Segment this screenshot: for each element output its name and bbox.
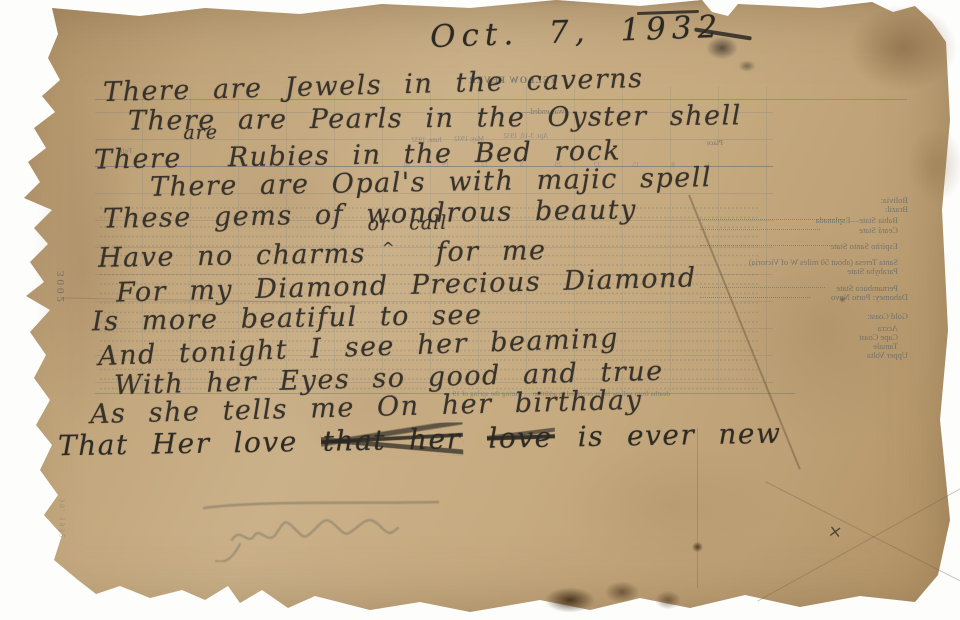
showthrough-edge-print: 30, 1932 (58, 499, 66, 540)
struck-word: love (486, 421, 555, 455)
poem-line-12-text: is ever new (577, 417, 781, 454)
scanned-document: YELLOW FEVER Was ended— Apr. 3-10, 1932 … (0, 0, 960, 620)
struck-words: that her (320, 422, 463, 457)
inserted-words: or call (367, 212, 447, 235)
showthrough-location: Ceará State (683, 226, 908, 236)
insert-wrap: are (181, 139, 227, 167)
caret-mark: ^ (382, 239, 396, 257)
showthrough-location: Espírito Santo State (683, 242, 908, 252)
poem-line-12-text: That Her love (58, 425, 298, 462)
showthrough-location: Dahomey: Porto Novo (693, 293, 908, 303)
showthrough-form-number: 3002 (55, 271, 67, 305)
showthrough-location: Upper Volta (693, 351, 908, 361)
poem-line-2: There are Pearls in the Oyster shell (128, 100, 742, 136)
showthrough-place-label: Place (693, 138, 723, 147)
showthrough-location: Parahyba State (683, 267, 908, 277)
x-mark: × (827, 521, 844, 543)
showthrough-location: Brazil: (693, 205, 908, 215)
erased-pencil-scribble (170, 492, 460, 562)
poem-line-6-text: Have no charms (98, 238, 366, 274)
showthrough-location: Gold Coast: (693, 312, 908, 322)
showthrough-location-list: Bolivia: Brazil: Bahia State—Esplanada C… (693, 196, 908, 366)
poem-line-6-text: for me (436, 235, 547, 268)
inserted-word: are (183, 121, 218, 144)
insert-wrap: or call^ (366, 234, 436, 262)
